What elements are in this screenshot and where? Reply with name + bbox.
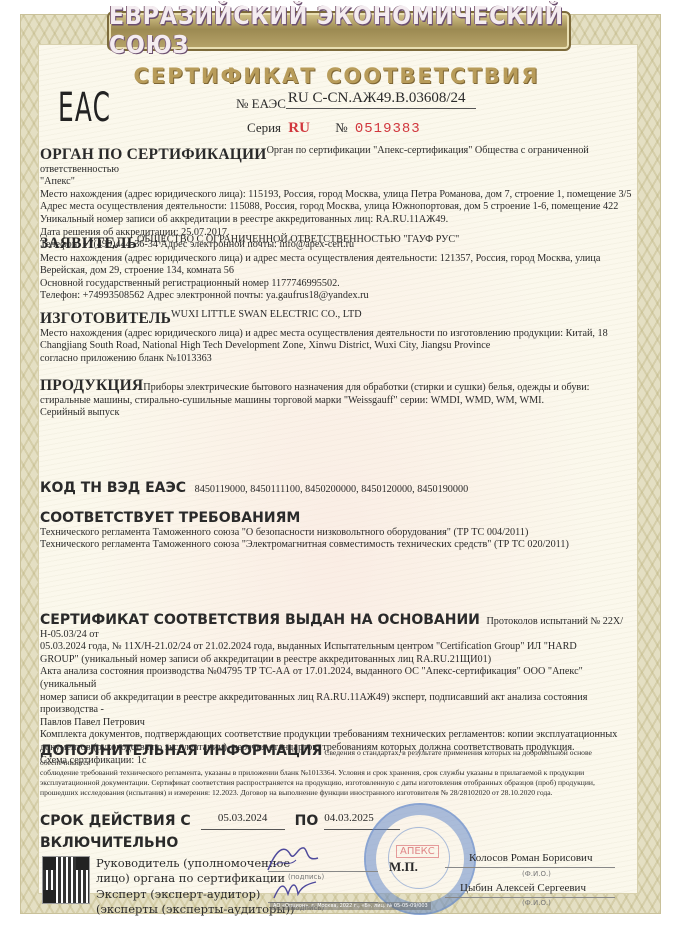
blank-number: 0519383 [355,121,421,137]
apex-logo: АПЕКС [396,845,439,858]
certificate-number-value: RU C-CN.АЖ49.B.03608/24 [286,90,476,109]
section-product: ПРОДУКЦИЯПриборы электрические бытового … [40,380,640,420]
valid-from-date: 05.03.2024 [201,807,285,830]
product-heading: ПРОДУКЦИЯ [40,377,143,394]
section-tn-ved: КОД ТН ВЭД ЕАЭС 8450119000, 8450111100, … [40,482,640,497]
expert-name: Цыбин Алексей Сергеевич [460,882,586,894]
requirements-heading: СООТВЕТСТВУЕТ ТРЕБОВАНИЯМ [40,510,300,526]
certification-body-heading: ОРГАН ПО СЕРТИФИКАЦИИ [40,146,267,163]
tn-ved-codes: 8450119000, 8450111100, 8450200000, 8450… [195,484,469,495]
section-manufacturer: ИЗГОТОВИТЕЛЬWUXI LITTLE SWAN ELECTRIC CO… [40,309,640,365]
eac-mark-icon: EAC [58,85,111,131]
certificate-number: № ЕАЭСRU C-CN.АЖ49.B.03608/24 [236,96,476,115]
section-additional-info: ДОПОЛНИТЕЛЬНАЯ ИНФОРМАЦИЯ Сведения о ста… [40,746,640,798]
section-requirements: СООТВЕТСТВУЕТ ТРЕБОВАНИЯМ Технического р… [40,512,640,552]
tn-ved-heading: КОД ТН ВЭД ЕАЭС [40,480,186,496]
additional-info-heading: ДОПОЛНИТЕЛЬНАЯ ИНФОРМАЦИЯ [40,743,322,759]
union-title: ЕВРАЗИЙСКИЙ ЭКОНОМИЧЕСКИЙ СОЮЗ [109,2,569,60]
series-value: RU [288,120,310,136]
validity-period: СРОК ДЕЙСТВИЯ С05.03.2024ПО04.03.2025 ВК… [40,807,410,854]
applicant-heading: ЗАЯВИТЕЛЬ [40,235,137,252]
head-name: Колосов Роман Борисович [469,852,592,864]
section-applicant: ЗАЯВИТЕЛЬОБЩЕСТВО С ОГРАНИЧЕННОЙ ОТВЕТСТ… [40,234,640,303]
printer-note: АО «Опцион», г. Москва, 2022 г., «Б», ли… [270,902,431,910]
series-line: Серия RU № 0519383 [247,120,421,137]
expert-signature-label: Эксперт (эксперт-аудитор) (эксперты (экс… [96,887,295,917]
stamp-place-label: М.П. [389,859,418,875]
organization-stamp-icon: АПЕКС [364,803,476,915]
manufacturer-heading: ИЗГОТОВИТЕЛЬ [40,310,171,327]
union-banner: ЕВРАЗИЙСКИЙ ЭКОНОМИЧЕСКИЙ СОЮЗ [107,11,571,51]
head-signature-label: Руководитель (уполномоченное лицо) орган… [96,856,290,886]
qr-code-icon[interactable] [43,857,89,903]
basis-heading: СЕРТИФИКАТ СООТВЕТСТВИЯ ВЫДАН НА ОСНОВАН… [40,612,480,628]
